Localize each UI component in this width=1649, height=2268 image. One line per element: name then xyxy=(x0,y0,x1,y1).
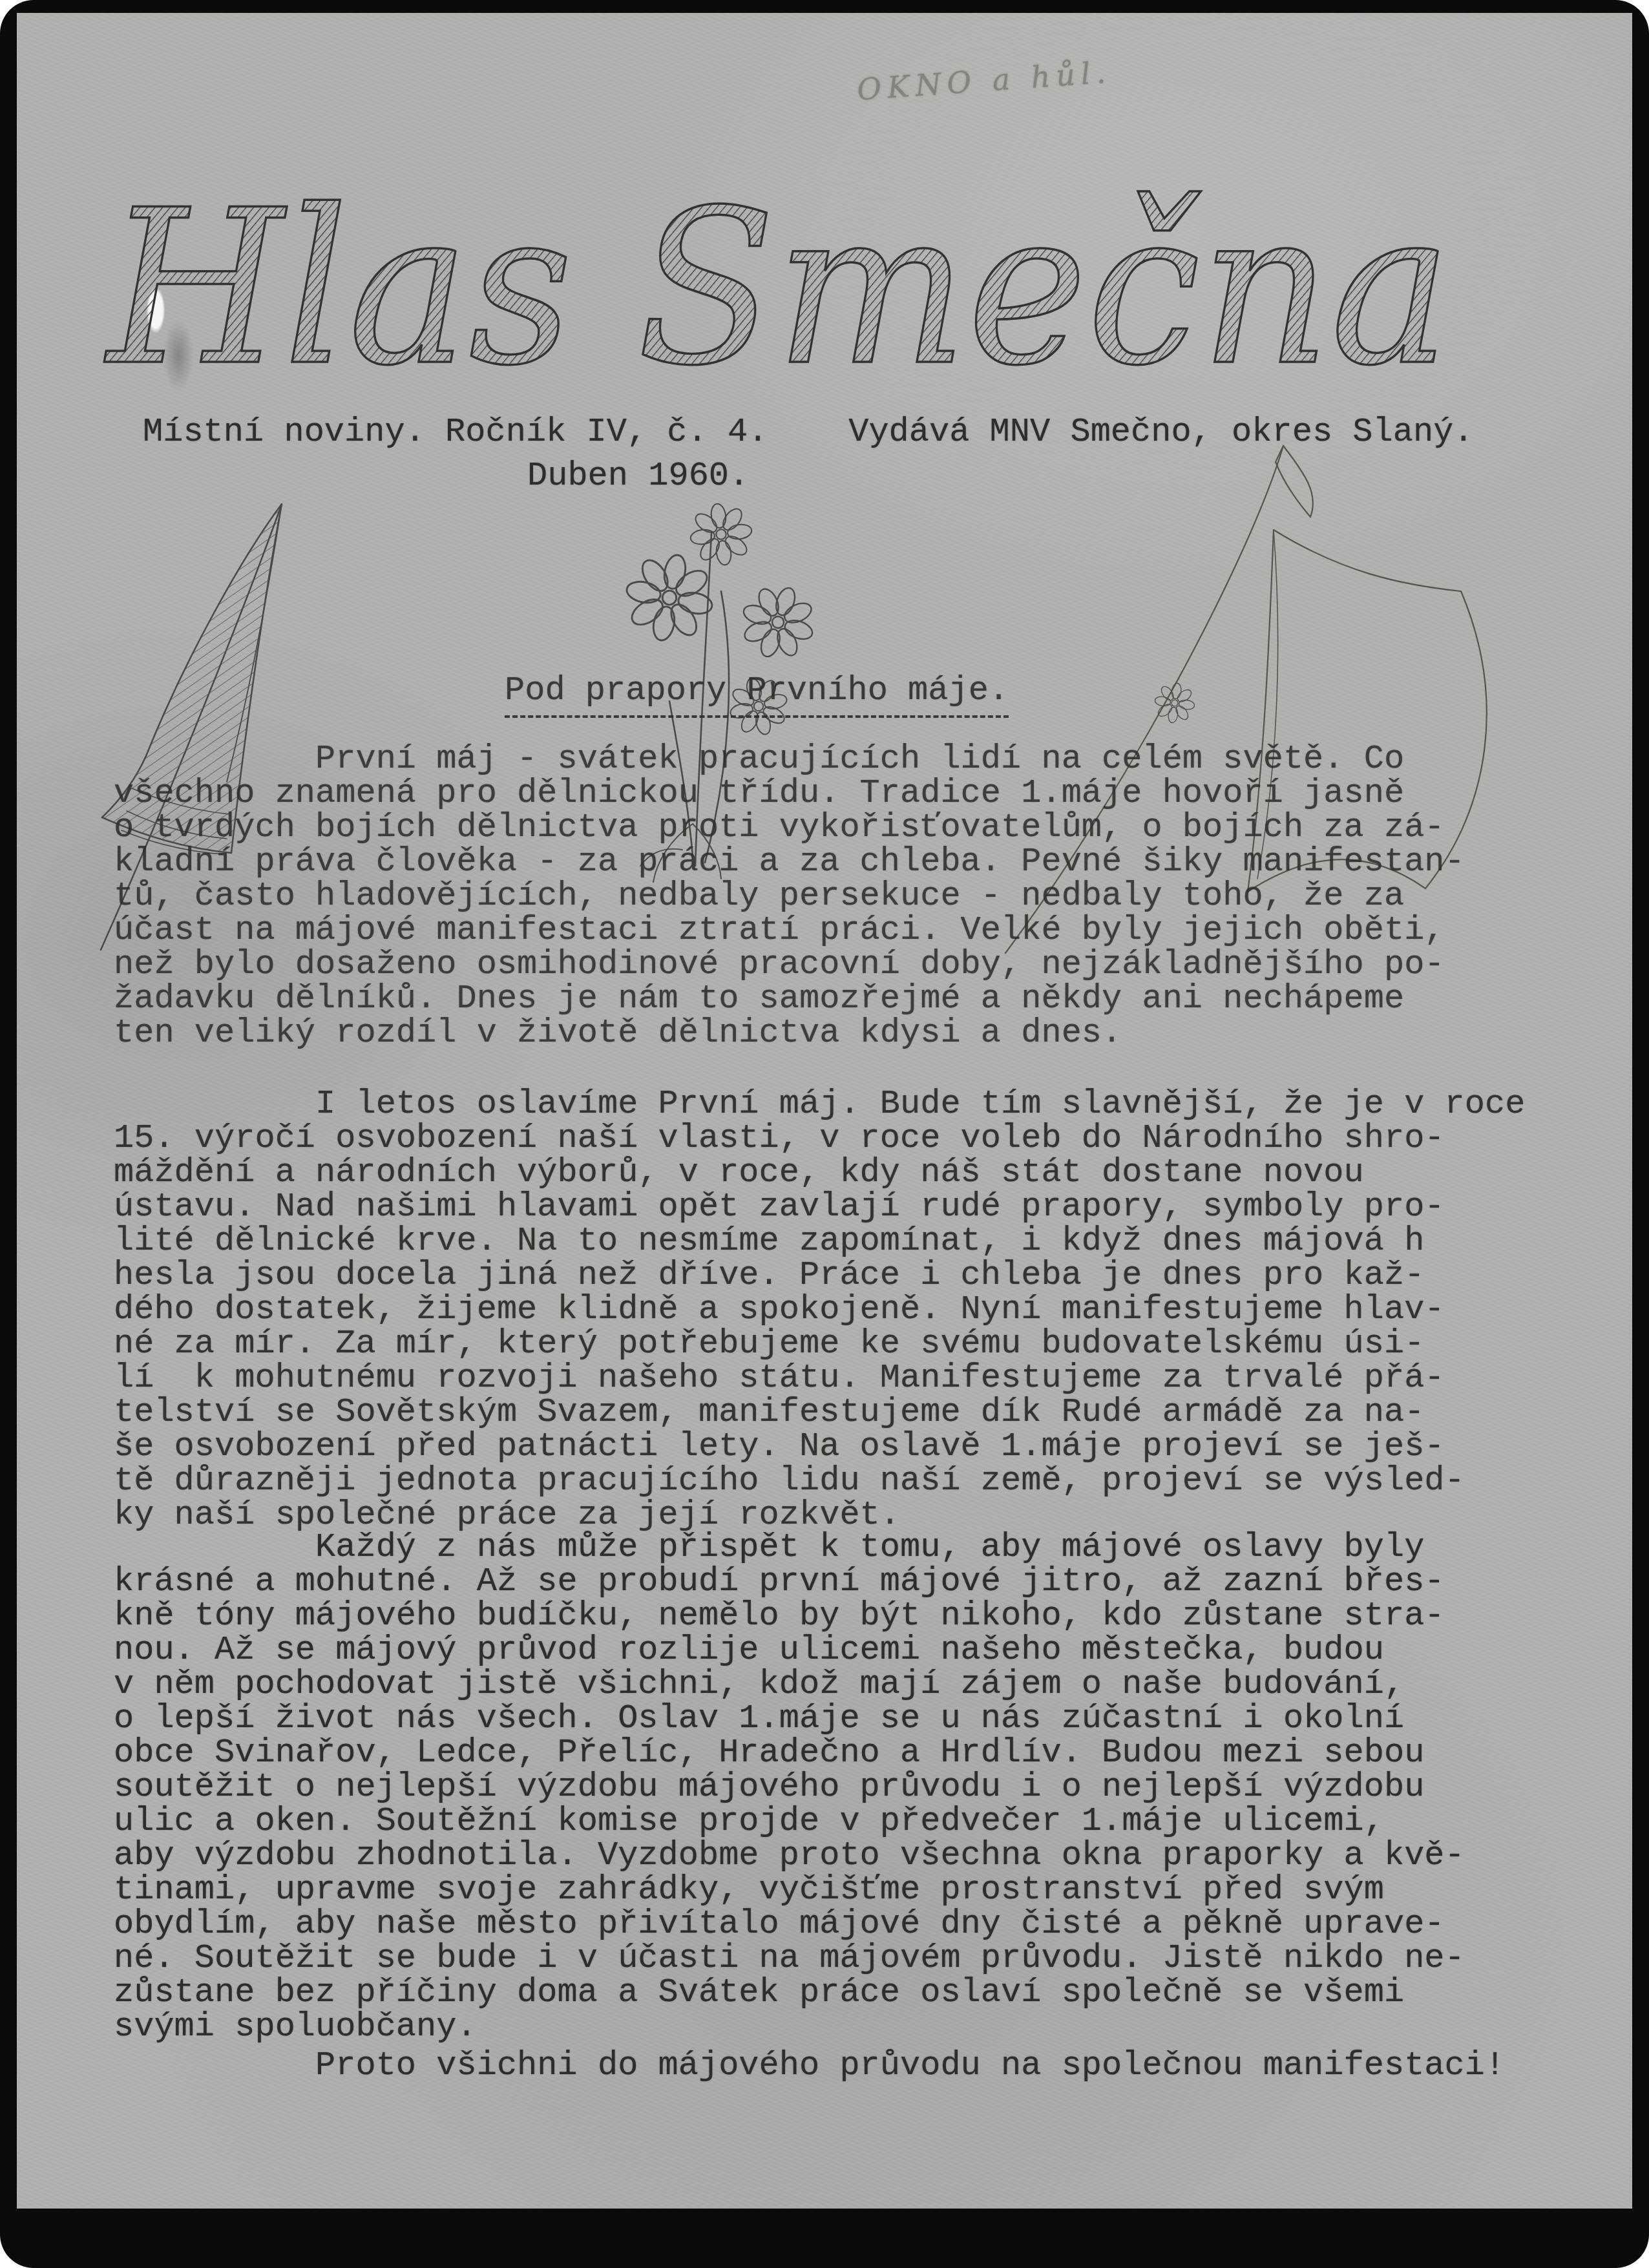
article-closing-line: Proto všichni do májového průvodu na spo… xyxy=(114,2048,1505,2083)
article-paragraph-3: Každý z nás může přispět k tomu, aby máj… xyxy=(114,1530,1465,2044)
article-paragraph-1: První máj - svátek pracujících lidí na c… xyxy=(114,742,1465,1050)
handwritten-note: OKNO a hůl. xyxy=(856,54,1113,107)
masthead-text: Hlas Smečna xyxy=(104,164,1451,412)
article-heading: Pod prapory Prvního máje. xyxy=(505,673,1009,718)
paper: OKNO a hůl. Hlas Smečna Místní noviny. R… xyxy=(17,13,1632,2209)
masthead-title: Hlas Smečna xyxy=(94,162,1503,420)
scanned-newsletter-page: OKNO a hůl. Hlas Smečna Místní noviny. R… xyxy=(0,0,1649,2268)
article-paragraph-2: I letos oslavíme První máj. Bude tím sla… xyxy=(114,1087,1525,1532)
